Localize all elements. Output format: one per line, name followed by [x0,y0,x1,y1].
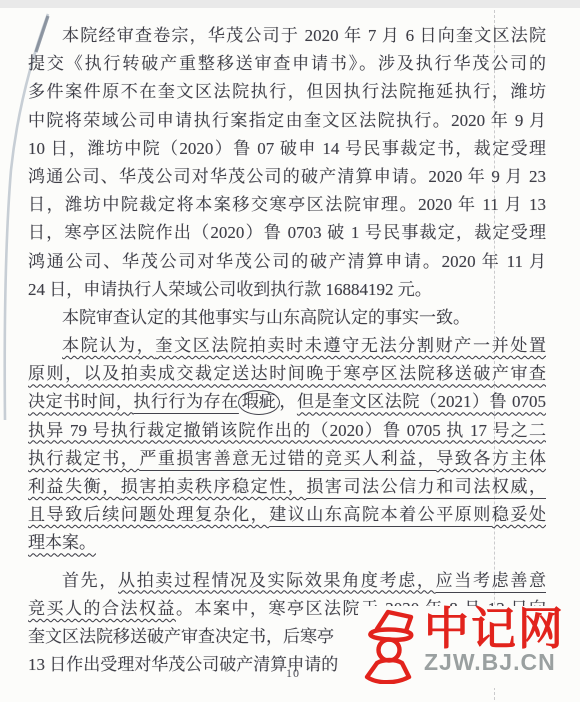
text-line: 利益失衡，损害拍卖秩序稳定性，损害司法公信力和司法权威， [28,473,546,501]
text-segment: 理本案。 [28,533,96,552]
text-segment: 鸿通公司、华茂公司对华茂公司的破产清算申请。2020 年 11 月 [28,252,546,271]
text-line: 原则，以及拍卖成交裁定送达时间晚于寒亭区法院移送破产审查 [28,360,546,388]
text-segment: 严重损害善意无过错的竞买人利益， [139,449,436,468]
text-line: 本院经审查卷宗，华茂公司于 2020 年 7 月 6 日向奎文区法院 [28,22,546,50]
circled-text: 瑕疵 [238,390,280,415]
text-segment: 但是奎文区法院（2021）鲁 0705 [297,392,546,411]
text-segment: 24 日，申请执行人荣域公司收到执行款 16884192 元。 [28,280,432,299]
text-line: 本院审查认定的其他事实与山东高院认定的事实一致。 [28,304,546,332]
text-segment: 建议山东高院本着公平原则 [269,505,492,524]
text-segment: 本院认为， [62,336,155,355]
text-segment: 执行裁定书， [28,449,139,468]
text-segment: 本院审查认定的其他事实与山东高院认定的事实一致。 [62,308,470,327]
text-segment: 损害拍卖秩序稳定性， [121,477,307,496]
text-line: 鸿通公司、华茂公司对华茂公司的破产清算申请。2020 年 11 月 [28,248,546,276]
text-line: 10 日，潍坊中院（2020）鲁 07 破申 14 号民事裁定书，裁定受理 [28,135,546,163]
text-line: 且导致后续问题处理复杂化，建议山东高院本着公平原则稳妥处 [28,501,546,529]
text-line: 执行裁定书，严重损害善意无过错的竞买人利益，导致各方主体 [28,445,546,473]
scanned-document-page: 本院经审查卷宗，华茂公司于 2020 年 7 月 6 日向奎文区法院提交《执行转… [0,0,580,702]
text-segment: 决定书时间， [28,392,133,411]
text-segment: 奎文区法院移送破产审查决定书，后寒亭 [28,627,334,646]
text-segment: 奎文区法院拍卖时未遵守无法分割财产一并处置 [155,336,546,355]
watermark-title: 中记网 [424,606,565,652]
text-segment: 利益失衡， [28,477,121,496]
watermark-text-block: 中记网 ZJW.BJ.CN [424,606,565,674]
watermark-logo: 中记网 ZJW.BJ.CN [358,606,580,688]
text-line: 决定书时间，执行行为存在瑕疵，但是奎文区法院（2021）鲁 0705 [28,388,546,416]
text-line: 鸿通公司、华茂公司对华茂公司的破产清算申请。2020 年 9 月 23 [28,163,546,191]
text-segment: 多件案件原不在奎文区法院执行，但因执行法院拖延执行，潍坊 [28,82,546,101]
text-line: 提交《执行转破产重整移送审查申请书》。涉及执行华茂公司的 [28,50,546,78]
text-line: 中院将荣域公司申请执行案指定由奎文区法院执行。2020 年 9 月 [28,107,546,135]
watermark-subtitle: ZJW.BJ.CN [424,650,565,674]
text-segment: 稳妥处 [492,505,546,524]
text-segment: 应当考虑善意 [436,571,546,590]
text-line: 24 日，申请执行人荣域公司收到执行款 16884192 元。 [28,276,546,304]
reporter-icon [358,608,422,684]
text-segment: 执行行为存在 [133,392,238,411]
text-segment: 竞买人的合法权益 [28,599,176,618]
text-segment: ， [279,392,297,411]
page-number: 10 [278,666,308,681]
text-segment: 执异 79 号执行裁定撤销该院作出的（2020）鲁 0705 执 17 号之二 [28,421,546,440]
text-segment: 本院经审查卷宗，华茂公司于 2020 年 7 月 6 日向奎文区法院 [62,26,546,45]
text-line: 首先，从拍卖过程情况及实际效果角度考虑，应当考虑善意 [28,567,546,595]
text-line: 日，寒亭区法院作出（2020）鲁 0703 破 1 号民事裁定，裁定受理 [28,219,546,247]
text-segment: 且导致后续问题处理复杂化， [28,505,269,524]
text-segment: 导致各方主体 [436,449,546,468]
text-segment: 中院将荣域公司申请执行案指定由奎文区法院执行。2020 年 9 月 [28,111,546,130]
text-line: 执异 79 号执行裁定撤销该院作出的（2020）鲁 0705 执 17 号之二 [28,417,546,445]
text-line: 多件案件原不在奎文区法院执行，但因执行法院拖延执行，潍坊 [28,78,546,106]
scan-top-shadow [0,0,580,8]
text-segment: 原则， [28,364,84,383]
text-line: 本院认为，奎文区法院拍卖时未遵守无法分割财产一并处置 [28,332,546,360]
text-segment: 首先， [62,571,118,590]
text-segment: 日，寒亭区法院作出（2020）鲁 0703 破 1 号民事裁定，裁定受理 [28,223,546,242]
text-line: 理本案。 [28,529,546,557]
text-segment: 提交《执行转破产重整移送审查申请书》。涉及执行华茂公司的 [28,54,546,73]
text-segment: 鸿通公司、华茂公司对华茂公司的破产清算申请。2020 年 9 月 23 [28,167,546,186]
text-segment: 从拍卖过程情况及实际效果角度考虑， [118,571,436,590]
document-body: 本院经审查卷宗，华茂公司于 2020 年 7 月 6 日向奎文区法院提交《执行转… [28,22,546,679]
text-segment: 10 日，潍坊中院（2020）鲁 07 破申 14 号民事裁定书，裁定受理 [28,139,546,158]
text-segment: 损害司法公信力和司法权威， [306,477,546,496]
text-line: 日，潍坊中院裁定将本案移交寒亭区法院审理。2020 年 11 月 13 [28,191,546,219]
text-segment: 以及拍卖成交裁定送达时间晚于寒亭区法院移送破产审查 [84,364,546,383]
text-segment: 日，潍坊中院裁定将本案移交寒亭区法院审理。2020 年 11 月 13 [28,195,546,214]
